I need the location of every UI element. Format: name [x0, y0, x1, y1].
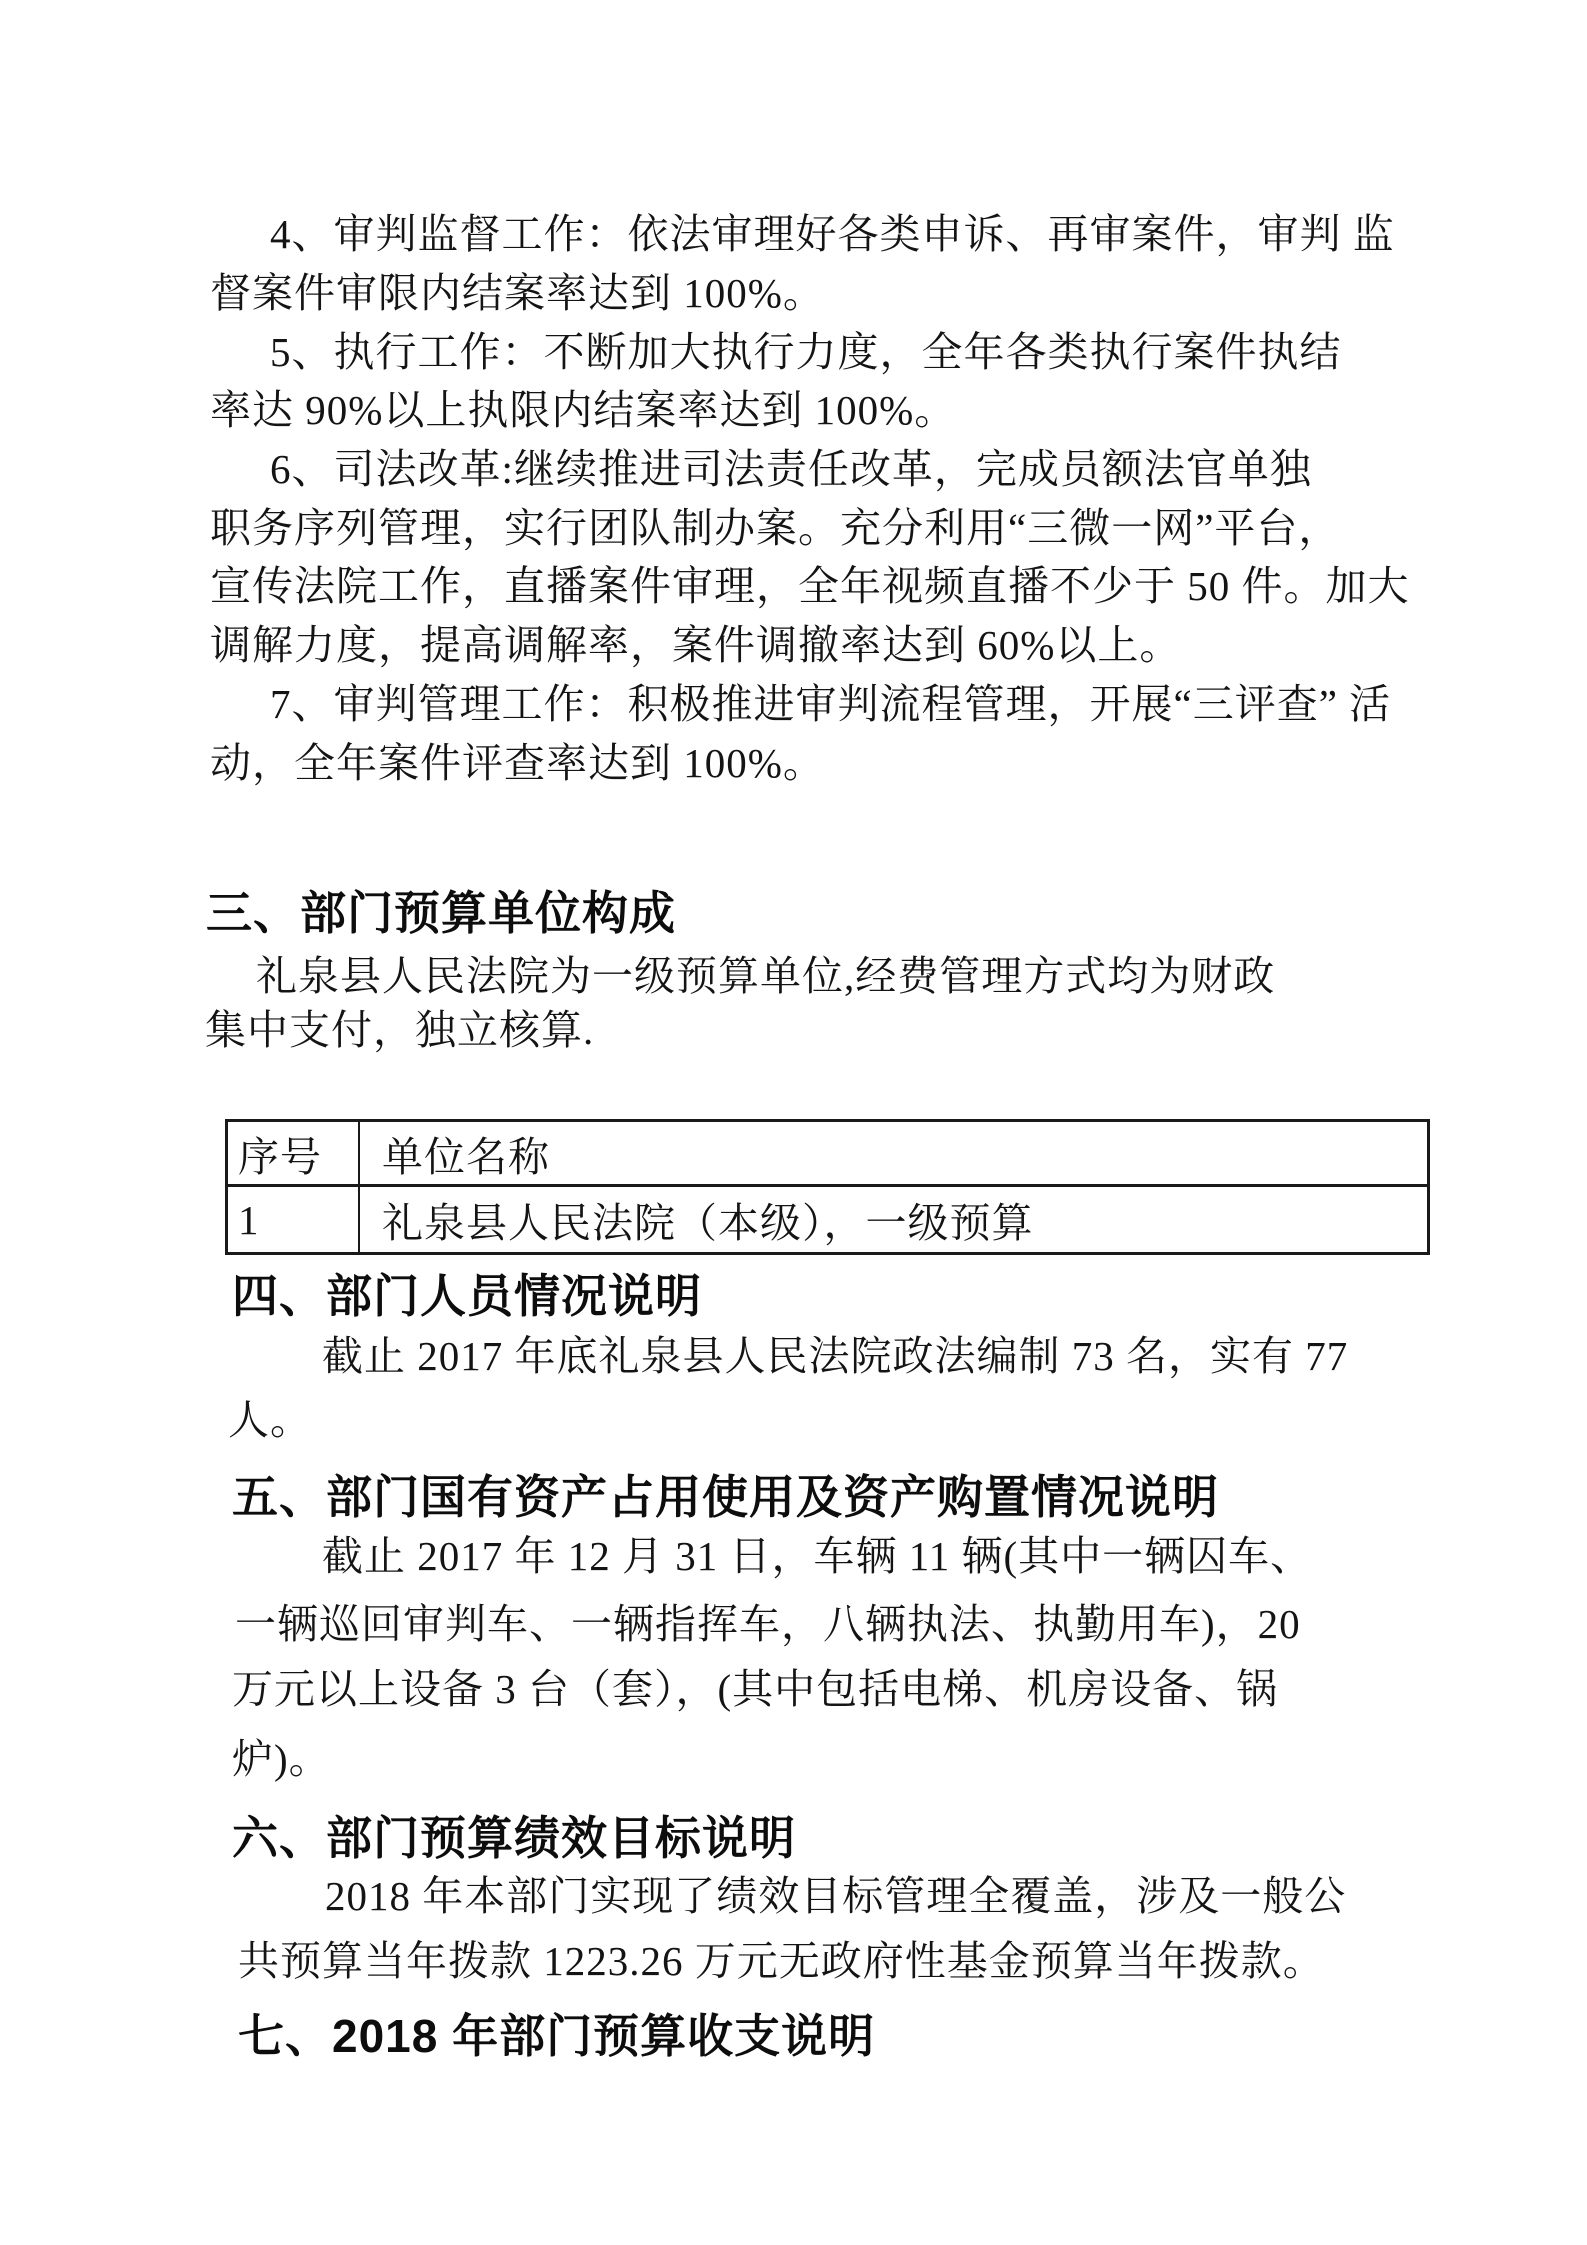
table-header-no: 序号	[228, 1122, 360, 1187]
section4-line2: 人。	[228, 1397, 312, 1443]
budget-document-page: 4、审判监督工作：依法审理好各类申诉、再审案件，审判 监 督案件审限内结案率达到…	[0, 0, 1587, 2245]
item6-line2: 职务序列管理，实行团队制办案。充分利用“三微一网”平台，	[210, 505, 1340, 551]
section4-line1: 截止 2017 年底礼泉县人民法院政法编制 73 名，实有 77	[322, 1333, 1348, 1379]
section3-line2: 集中支付，独立核算.	[205, 1007, 594, 1053]
section5-line3: 万元以上设备 3 台（套），(其中包括电梯、机房设备、锅	[232, 1666, 1278, 1712]
section3-heading: 三、部门预算单位构成	[206, 888, 676, 938]
table-row1-no: 1	[228, 1187, 360, 1252]
item5-line2: 率达 90%以上执限内结案率达到 100%。	[210, 387, 956, 433]
item6-line1: 6、司法改革:继续推进司法责任改革，完成员额法官单独	[270, 446, 1312, 492]
section6-line1: 2018 年本部门实现了绩效目标管理全覆盖，涉及一般公	[325, 1873, 1346, 1919]
section5-heading: 五、部门国有资产占用使用及资产购置情况说明	[232, 1472, 1219, 1522]
table-row1-unit-name: 礼泉县人民法院（本级），一级预算	[360, 1187, 1427, 1252]
budget-unit-table: 序号 单位名称 1 礼泉县人民法院（本级），一级预算	[225, 1119, 1430, 1255]
section3-line1: 礼泉县人民法院为一级预算单位,经费管理方式均为财政	[256, 953, 1275, 999]
item4-line1: 4、审判监督工作：依法审理好各类申诉、再审案件，审判 监	[270, 211, 1395, 257]
item5-line1: 5、执行工作：不断加大执行力度，全年各类执行案件执结	[270, 329, 1342, 375]
section5-line2: 一辆巡回审判车、一辆指挥车，八辆执法、执勤用车)，20	[235, 1601, 1301, 1647]
section5-line1: 截止 2017 年 12 月 31 日，车辆 11 辆(其中一辆囚车、	[322, 1533, 1312, 1579]
item6-line3: 宣传法院工作，直播案件审理，全年视频直播不少于 50 件。加大	[210, 563, 1410, 609]
item6-line4: 调解力度，提高调解率，案件调撤率达到 60%以上。	[210, 622, 1181, 668]
section6-heading: 六、部门预算绩效目标说明	[232, 1813, 796, 1863]
section6-line2: 共预算当年拨款 1223.26 万元无政府性基金预算当年拨款。	[238, 1938, 1325, 1984]
section7-heading: 七、2018 年部门预算收支说明	[238, 2011, 875, 2061]
item4-line2: 督案件审限内结案率达到 100%。	[210, 270, 825, 316]
item7-line1: 7、审判管理工作：积极推进审判流程管理，开展“三评查” 活	[270, 681, 1391, 727]
item7-line2: 动，全年案件评查率达到 100%。	[210, 740, 825, 786]
section5-line4: 炉)。	[232, 1736, 331, 1782]
table-header-unit-name: 单位名称	[360, 1122, 1427, 1187]
section4-heading: 四、部门人员情况说明	[232, 1271, 702, 1321]
